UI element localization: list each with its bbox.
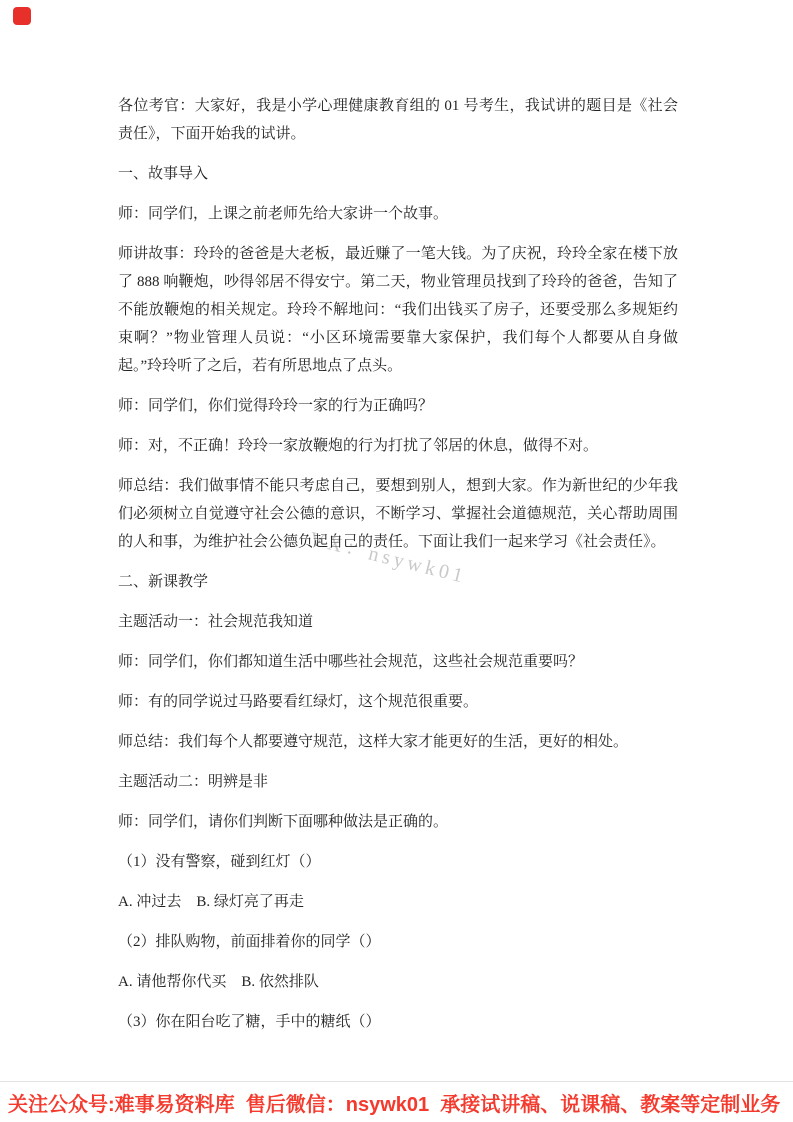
document-body: 各位考官：大家好，我是小学心理健康教育组的 01 号考生，我试讲的题目是《社会责… [118,92,678,1048]
teacher-response: 师：有的同学说过马路要看红绿灯，这个规范很重要。 [118,688,678,716]
teacher-instruction: 师：同学们，请你们判断下面哪种做法是正确的。 [118,808,678,836]
teacher-feedback: 师：对，不正确！玲玲一家放鞭炮的行为打扰了邻居的休息，做得不对。 [118,432,678,460]
section-2-heading: 二、新课教学 [118,568,678,596]
document-page: VX：nsywk01 各位考官：大家好，我是小学心理健康教育组的 01 号考生，… [0,0,793,1122]
story-paragraph: 师讲故事：玲玲的爸爸是大老板，最近赚了一笔大钱。为了庆祝，玲玲全家在楼下放了 8… [118,240,678,380]
teacher-line-opening: 师：同学们，上课之前老师先给大家讲一个故事。 [118,200,678,228]
quiz-question-1: （1）没有警察，碰到红灯（） [118,848,678,876]
footer-banner: 关注公众号:难事易资料库 售后微信：nsywk01 承接试讲稿、说课稿、教案等定… [0,1082,793,1122]
quiz-question-2: （2）排队购物，前面排着你的同学（） [118,928,678,956]
quiz-question-1-options: A. 冲过去 B. 绿灯亮了再走 [118,888,678,916]
activity-1-heading: 主题活动一：社会规范我知道 [118,608,678,636]
quiz-question-3: （3）你在阳台吃了糖，手中的糖纸（） [118,1008,678,1036]
section-1-heading: 一、故事导入 [118,160,678,188]
teacher-summary-2: 师总结：我们每个人都要遵守规范，这样大家才能更好的生活，更好的相处。 [118,728,678,756]
footer-promo-text: 关注公众号:难事易资料库 售后微信：nsywk01 承接试讲稿、说课稿、教案等定… [0,1088,780,1117]
red-logo-badge [13,7,31,25]
teacher-question: 师：同学们，你们觉得玲玲一家的行为正确吗？ [118,392,678,420]
activity-2-heading: 主题活动二：明辨是非 [118,768,678,796]
intro-paragraph: 各位考官：大家好，我是小学心理健康教育组的 01 号考生，我试讲的题目是《社会责… [118,92,678,148]
teacher-question-2: 师：同学们，你们都知道生活中哪些社会规范，这些社会规范重要吗？ [118,648,678,676]
quiz-question-2-options: A. 请他帮你代买 B. 依然排队 [118,968,678,996]
teacher-summary-1: 师总结：我们做事情不能只考虑自己，要想到别人，想到大家。作为新世纪的少年我们必须… [118,472,678,556]
